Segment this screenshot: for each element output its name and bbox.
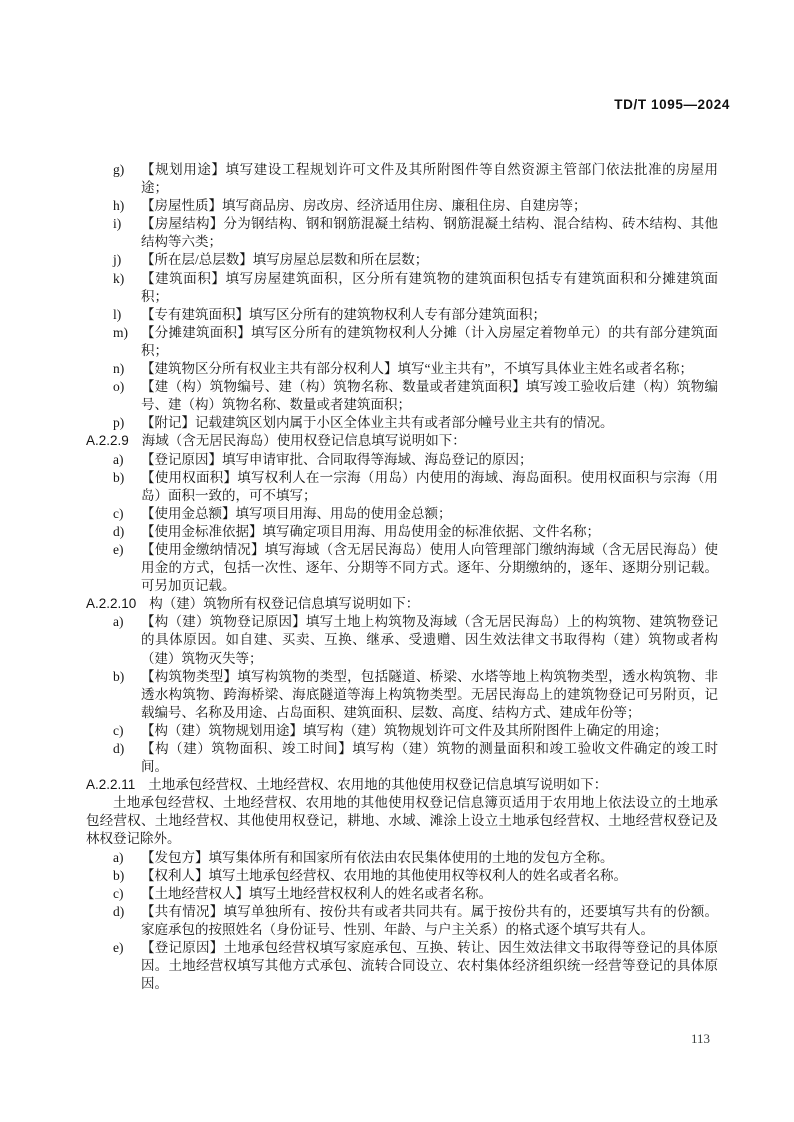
item-text: 【分摊建筑面积】填写区分所有的建筑物权利人分摊（计入房屋定着物单元）的共有部分建… (141, 324, 718, 360)
item-text: 【构（建）筑物规划用途】填写构（建）筑物规划许可文件及其所附图件上确定的用途； (141, 722, 718, 740)
item-letter: a) (113, 849, 141, 867)
item-text: 【建（构）筑物编号、建（构）筑物名称、数量或者建筑面积】填写竣工验收后建（构）筑… (141, 378, 718, 414)
list-item: b) 【权利人】填写土地承包经营权、农用地的其他使用权等权利人的姓名或者名称。 (86, 867, 718, 885)
item-letter: m) (113, 324, 141, 360)
item-text: 【登记原因】土地承包经营权填写家庭承包、互换、转让、因生效法律文书取得等登记的具… (141, 939, 718, 993)
item-text: 【共有情况】填写单独所有、按份共有或者共同共有。属于按份共有的，还要填写共有的份… (141, 903, 718, 939)
item-letter: a) (113, 613, 141, 667)
list-item: b) 【使用权面积】填写权利人在一宗海（用岛）内使用的海域、海岛面积。使用权面积… (86, 469, 718, 505)
item-letter: n) (113, 360, 141, 378)
list-item: a) 【构（建）筑物登记原因】填写土地上构筑物及海域（含无居民海岛）上的构筑物、… (86, 613, 718, 667)
item-letter: c) (113, 505, 141, 523)
item-letter: b) (113, 668, 141, 722)
item-text: 【建筑物区分所有权业主共有部分权利人】填写“业主共有”，不填写具体业主姓名或者名… (141, 360, 718, 378)
item-text: 【权利人】填写土地承包经营权、农用地的其他使用权等权利人的姓名或者名称。 (141, 867, 718, 885)
item-text: 【规划用途】填写建设工程规划许可文件及其所附图件等自然资源主管部门依法批准的房屋… (141, 161, 718, 197)
section-intro-paragraph: 土地承包经营权、土地经营权、农用地的其他使用权登记信息簿页适用于农用地上依法设立… (86, 794, 718, 848)
item-text: 【构（建）筑物面积、竣工时间】填写构（建）筑物的测量面积和竣工验收文件确定的竣工… (141, 740, 718, 776)
section-heading-a2211: A.2.2.11土地承包经营权、土地经营权、农用地的其他使用权登记信息填写说明如… (86, 776, 718, 794)
item-letter: d) (113, 740, 141, 776)
item-text: 【使用金总额】填写项目用海、用岛的使用金总额； (141, 505, 718, 523)
list-item: o) 【建（构）筑物编号、建（构）筑物名称、数量或者建筑面积】填写竣工验收后建（… (86, 378, 718, 414)
item-letter: c) (113, 885, 141, 903)
item-letter: c) (113, 722, 141, 740)
item-text: 【土地经营权人】填写土地经营权权利人的姓名或者名称。 (141, 885, 718, 903)
list-item: p) 【附记】记载建筑区划内属于小区全体业主共有或者部分幢号业主共有的情况。 (86, 414, 718, 432)
item-text: 【使用金缴纳情况】填写海域（含无居民海岛）使用人向管理部门缴纳海域（含无居民海岛… (141, 541, 718, 595)
item-text: 【构筑物类型】填写构筑物的类型，包括隧道、桥梁、水塔等地上构筑物类型，透水构筑物… (141, 668, 718, 722)
list-item: c) 【土地经营权人】填写土地经营权权利人的姓名或者名称。 (86, 885, 718, 903)
section-heading-a2210: A.2.2.10构（建）筑物所有权登记信息填写说明如下： (86, 595, 718, 613)
list-item: m) 【分摊建筑面积】填写区分所有的建筑物权利人分摊（计入房屋定着物单元）的共有… (86, 324, 718, 360)
section-title: 海域（含无居民海岛）使用权登记信息填写说明如下： (142, 433, 466, 448)
item-text: 【所在层/总层数】填写房屋总层数和所在层数； (141, 251, 718, 269)
item-letter: h) (113, 197, 141, 215)
list-item: g) 【规划用途】填写建设工程规划许可文件及其所附图件等自然资源主管部门依法批准… (86, 161, 718, 197)
list-item: n) 【建筑物区分所有权业主共有部分权利人】填写“业主共有”，不填写具体业主姓名… (86, 360, 718, 378)
item-text: 【附记】记载建筑区划内属于小区全体业主共有或者部分幢号业主共有的情况。 (141, 414, 718, 432)
item-letter: a) (113, 451, 141, 469)
list-item: b) 【构筑物类型】填写构筑物的类型，包括隧道、桥梁、水塔等地上构筑物类型，透水… (86, 668, 718, 722)
section-title: 土地承包经营权、土地经营权、农用地的其他使用权登记信息填写说明如下： (148, 777, 607, 792)
section-number: A.2.2.9 (86, 433, 129, 448)
document-page: TD/T 1095—2024 g) 【规划用途】填写建设工程规划许可文件及其所附… (0, 0, 794, 1122)
item-text: 【专有建筑面积】填写区分所有的建筑物权利人专有部分建筑面积； (141, 306, 718, 324)
item-letter: e) (113, 541, 141, 595)
list-item: d) 【使用金标准依据】填写确定项目用海、用岛使用金的标准依据、文件名称； (86, 523, 718, 541)
list-item: a) 【登记原因】填写申请审批、合同取得等海域、海岛登记的原因； (86, 451, 718, 469)
list-item: k) 【建筑面积】填写房屋建筑面积，区分所有建筑物的建筑面积包括专有建筑面积和分… (86, 270, 718, 306)
item-text: 【构（建）筑物登记原因】填写土地上构筑物及海域（含无居民海岛）上的构筑物、建筑物… (141, 613, 718, 667)
list-item: d) 【构（建）筑物面积、竣工时间】填写构（建）筑物的测量面积和竣工验收文件确定… (86, 740, 718, 776)
list-item: c) 【构（建）筑物规划用途】填写构（建）筑物规划许可文件及其所附图件上确定的用… (86, 722, 718, 740)
page-number: 113 (0, 1031, 710, 1047)
item-letter: b) (113, 469, 141, 505)
item-letter: k) (113, 270, 141, 306)
list-item: d) 【共有情况】填写单独所有、按份共有或者共同共有。属于按份共有的，还要填写共… (86, 903, 718, 939)
item-letter: e) (113, 939, 141, 993)
item-text: 【房屋性质】填写商品房、房改房、经济适用住房、廉租住房、自建房等； (141, 197, 718, 215)
list-item: l) 【专有建筑面积】填写区分所有的建筑物权利人专有部分建筑面积； (86, 306, 718, 324)
item-text: 【使用权面积】填写权利人在一宗海（用岛）内使用的海域、海岛面积。使用权面积与宗海… (141, 469, 718, 505)
list-item: e) 【登记原因】土地承包经营权填写家庭承包、互换、转让、因生效法律文书取得等登… (86, 939, 718, 993)
item-letter: b) (113, 867, 141, 885)
item-letter: p) (113, 414, 141, 432)
item-letter: g) (113, 161, 141, 197)
item-letter: d) (113, 523, 141, 541)
section-title: 构（建）筑物所有权登记信息填写说明如下： (149, 596, 419, 611)
section-number: A.2.2.11 (86, 777, 135, 792)
list-item: a) 【发包方】填写集体所有和国家所有依法由农民集体使用的土地的发包方全称。 (86, 849, 718, 867)
item-letter: j) (113, 251, 141, 269)
item-letter: i) (113, 215, 141, 251)
doc-code: TD/T 1095—2024 (0, 97, 730, 112)
item-text: 【使用金标准依据】填写确定项目用海、用岛使用金的标准依据、文件名称； (141, 523, 718, 541)
document-body: g) 【规划用途】填写建设工程规划许可文件及其所附图件等自然资源主管部门依法批准… (86, 161, 718, 993)
section-number: A.2.2.10 (86, 596, 136, 611)
list-item: e) 【使用金缴纳情况】填写海域（含无居民海岛）使用人向管理部门缴纳海域（含无居… (86, 541, 718, 595)
list-item: c) 【使用金总额】填写项目用海、用岛的使用金总额； (86, 505, 718, 523)
item-letter: l) (113, 306, 141, 324)
list-item: h) 【房屋性质】填写商品房、房改房、经济适用住房、廉租住房、自建房等； (86, 197, 718, 215)
item-text: 【发包方】填写集体所有和国家所有依法由农民集体使用的土地的发包方全称。 (141, 849, 718, 867)
item-letter: o) (113, 378, 141, 414)
item-text: 【房屋结构】分为钢结构、钢和钢筋混凝土结构、钢筋混凝土结构、混合结构、砖木结构、… (141, 215, 718, 251)
section-heading-a229: A.2.2.9海域（含无居民海岛）使用权登记信息填写说明如下： (86, 432, 718, 450)
list-item: i) 【房屋结构】分为钢结构、钢和钢筋混凝土结构、钢筋混凝土结构、混合结构、砖木… (86, 215, 718, 251)
item-text: 【建筑面积】填写房屋建筑面积，区分所有建筑物的建筑面积包括专有建筑面积和分摊建筑… (141, 270, 718, 306)
item-text: 【登记原因】填写申请审批、合同取得等海域、海岛登记的原因； (141, 451, 718, 469)
list-item: j) 【所在层/总层数】填写房屋总层数和所在层数； (86, 251, 718, 269)
item-letter: d) (113, 903, 141, 939)
